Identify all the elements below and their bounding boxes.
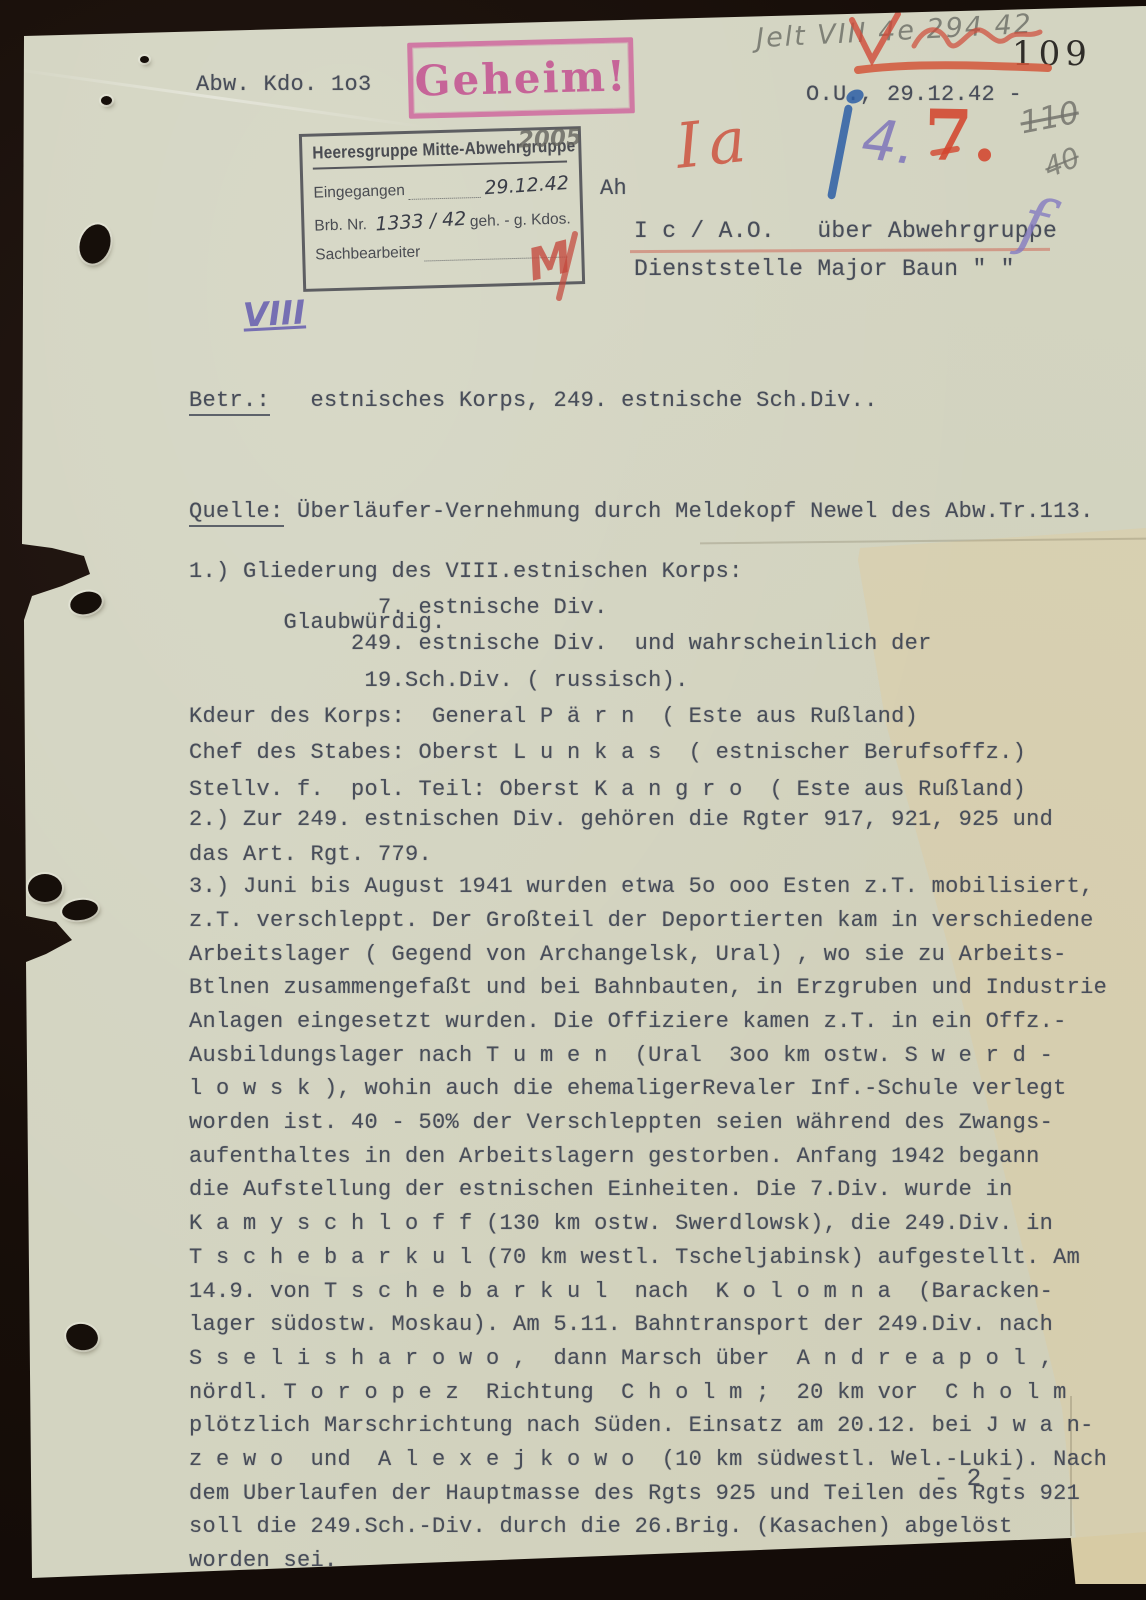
document-page: Abw. Kdo. 1o3 O.U., 29.12.42 - Ah I c / … [0,0,1146,1600]
pencil-number-note: 2005 [517,124,582,153]
punch-hole [28,874,62,902]
text-line: z.T. verschleppt. Der Großteil der Depor… [189,904,1107,938]
purple-pencil-number: 4. [858,107,919,178]
paper-speck [140,56,149,63]
ah-abbreviation: Ah [600,176,627,201]
betr-text: estnisches Korps, 249. estnische Sch.Div… [270,388,878,413]
text-line: nördl. T o r o p e z Richtung C h o l m … [189,1376,1107,1410]
text-line: die Aufstellung der estnischen Einheiten… [189,1173,1107,1207]
section-3-bericht: 3.) Juni bis August 1941 wurden etwa 5o … [189,769,1107,1578]
red-pencil-underline [630,248,1050,253]
text-line: worden ist. 40 - 50% der Verschleppten s… [189,1106,1107,1140]
text-line: lager südostw. Moskau). Am 5.11. Bahntra… [189,1308,1107,1342]
office-line: Dienststelle Major Baun " " [634,256,1015,282]
receipt-label: Sachbearbeiter [315,244,421,265]
geheim-stamp-label: Geheim! [414,51,628,105]
red-crayon-scribble [828,8,1068,88]
text-line: Ausbildungslager nach T u m e n (Ural 3o… [189,1039,1107,1073]
red-seven-mark: 7. [923,93,998,177]
receipt-row-eingegangen: Eingegangen 29.12.42 [313,173,570,202]
document-scan: Abw. Kdo. 1o3 O.U., 29.12.42 - Ah I c / … [0,0,1146,1600]
red-ia-routing-mark: Ia [672,102,757,183]
paper-hole [64,1321,101,1353]
handwritten-number: 1333 / 42 [374,208,466,236]
pencil-crossed-110: 110 [1017,95,1082,142]
betr-label: Betr.: [189,388,270,416]
paper-speck [101,96,112,105]
paper-hole [61,898,99,923]
text-line: soll die 249.Sch.-Div. durch die 26.Brig… [189,1510,1107,1544]
geheim-secret-stamp: Geheim! [407,37,635,118]
dotted-line [409,183,481,200]
routing-line: I c / A.O. über Abwehrgruppe [634,218,1057,244]
text-line: plötzlich Marschrichtung nach Süden. Ein… [189,1409,1107,1443]
text-line: worden sei. [189,1544,1107,1578]
purple-viii-correction: VIII [242,292,306,334]
text-line: S s e l i s h a r o w o , dann Marsch üb… [189,1342,1107,1376]
text-line: T s c h e b a r k u l (70 km westl. Tsch… [189,1241,1107,1275]
next-page-indicator: - 2 - [934,1466,1016,1493]
receipt-label: Eingegangen [313,182,405,203]
receipt-row-brb-nr: Brb. Nr. 1333 / 42 geh. - g. Kdos. [314,206,571,235]
paper-hole [75,220,116,267]
receipt-label: Brb. Nr. [314,216,367,235]
text-line: 249. estnische Div. und wahrscheinlich d… [189,626,1026,662]
text-line: 3.) Juni bis August 1941 wurden etwa 5o … [189,870,1107,904]
text-line: Btlnen zusammengefaßt und bei Bahnbauten… [189,971,1107,1005]
text-line: Anlagen eingesetzt wurden. Die Offiziere… [189,1005,1107,1039]
text-line: 19.Sch.Div. ( russisch). [189,663,1026,699]
text-line: K a m y s c h l o f f (130 km ostw. Swer… [189,1207,1107,1241]
text-line: l o w s k ), wohin auch die ehemaligerRe… [189,1072,1107,1106]
receipt-suffix: geh. - g. Kdos. [470,210,571,231]
text-line: Arbeitslager ( Gegend von Archangelsk, U… [189,938,1107,972]
text-line: aufenthaltes in den Arbeitslagern gestor… [189,1140,1107,1174]
origin-reference: Abw. Kdo. 1o3 [196,72,372,97]
pencil-crossed-40: 40 [1039,141,1084,185]
paper-hole [68,588,104,617]
text-line: 14.9. von T s c h e b a r k u l nach K o… [189,1275,1107,1309]
text-line: 1.) Gliederung des VIII.estnischen Korps… [189,554,1026,590]
handwritten-date: 29.12.42 [484,172,570,199]
blue-pen-stroke [827,104,853,200]
betr-line: Betr.: estnisches Korps, 249. estnische … [189,382,1094,419]
text-line: 7. estnische Div. [189,590,1026,626]
